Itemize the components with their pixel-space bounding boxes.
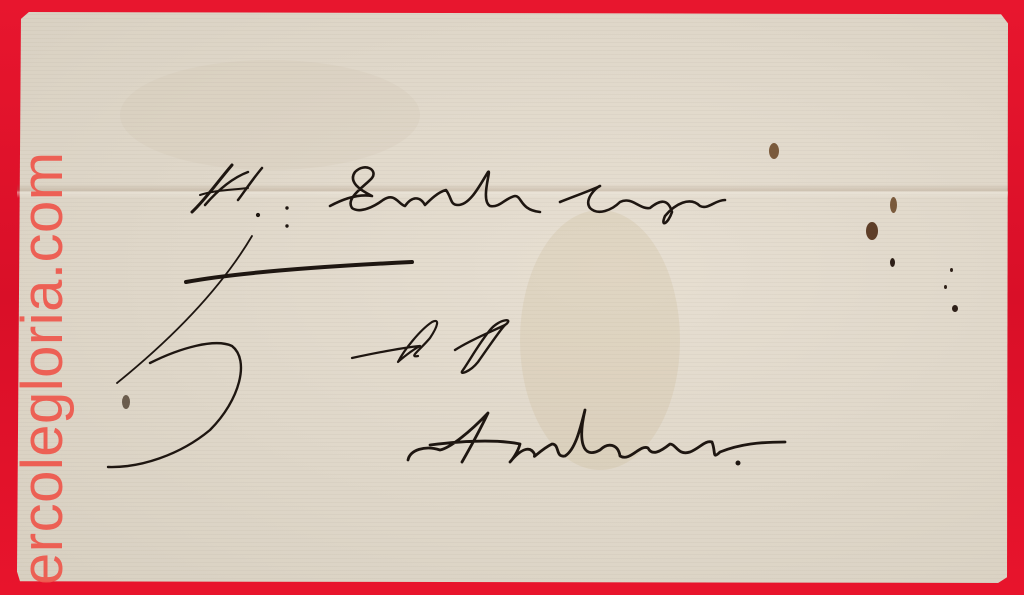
watermark-text: ercolegloria.com: [14, 151, 72, 585]
handwriting-ink: [0, 0, 1024, 595]
ink-spot: [122, 395, 130, 409]
ink-spot: [890, 197, 897, 213]
ink-spot: [952, 305, 958, 312]
ink-spot: [866, 222, 878, 240]
ink-spot: [944, 285, 947, 289]
ink-spot: [769, 143, 779, 159]
ink-spot: [890, 258, 895, 267]
ink-spot: [950, 268, 953, 272]
